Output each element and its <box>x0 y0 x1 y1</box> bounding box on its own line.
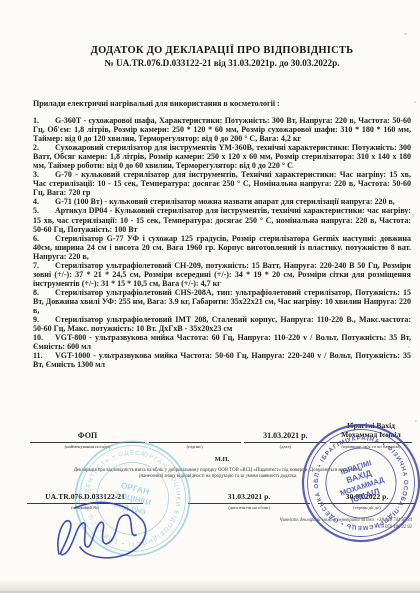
fullname-label: (прізвище, ім'я та по батькові) <box>330 443 412 450</box>
item-number: 3. <box>33 170 55 179</box>
document-body: ДОДАТОК ДО ДЕКЛАРАЦІЇ ПРО ВІДПОВІДНІСТЬ … <box>33 0 411 369</box>
item-number: 1. <box>33 116 55 125</box>
scanned-declaration-annex-page: ДОДАТОК ДО ДЕКЛАРАЦІЇ ПРО ВІДПОВІДНІСТЬ … <box>0 0 420 593</box>
valid-until-value: 30.03.2022 р. <box>318 492 416 504</box>
item-number: 6. <box>33 234 55 243</box>
item-text: VGT-1000 - ультразвукова мийка Частота: … <box>33 351 411 369</box>
fullname-value: Ібрагімі Вахід Мохаммад Ісмаіл <box>330 422 412 443</box>
item-text: G-360T - сухожарової шафа, Характеристик… <box>33 116 411 143</box>
position-field: ФОП (найменування посади) <box>30 431 145 450</box>
signature-field: (підпис) <box>149 431 241 450</box>
registration-number-value: UA.TR.076.D.033122-21 <box>27 492 143 504</box>
list-item: 1.G-360T - сухожарової шафа, Характерист… <box>33 116 411 143</box>
item-text: Сухожаровий стерилізатор для інструменті… <box>33 143 411 170</box>
item-number: 5. <box>33 206 55 215</box>
item-number: 2. <box>33 143 55 152</box>
fullname-field: Ібрагімі Вахід Мохаммад Ісмаіл (прізвище… <box>330 422 412 449</box>
document-number-line: № UA.TR.076.D.033122-21 від 31.03.2021р.… <box>33 58 411 68</box>
verification-note: Чинність декларації можна перевірити за … <box>182 518 412 531</box>
seal-place-mark: М.П. <box>33 456 411 463</box>
item-number: 10. <box>33 333 55 342</box>
scan-speck <box>408 346 410 348</box>
list-item: 9.Стерилізатор ультрафіолетовий IMT 208,… <box>33 315 411 333</box>
valid-until-label: (термін дії до) <box>318 504 416 511</box>
valid-until-field: 30.03.2022 р. (термін дії до) <box>318 492 416 510</box>
scan-bottom-edge <box>0 580 420 593</box>
list-item: 7.Стерилізатор ультрафіолетовий CH-209, … <box>33 261 411 288</box>
list-item: 2.Сухожаровий стерилізатор для інструмен… <box>33 143 411 170</box>
item-text: VGT-800 - ультразвукова мийка Частота: 6… <box>33 333 411 351</box>
list-item: 4.G-71 (100 Вт) - кульковий стерилізатор… <box>33 197 411 206</box>
registration-date-field: 31.03.2021 р. (дата взяття на облік) <box>188 492 310 510</box>
scan-speck <box>412 214 414 217</box>
item-number: 9. <box>33 315 55 324</box>
list-item: 5.Артикул DP04 - Кульковий стерилізатор … <box>33 206 411 233</box>
item-number: 7. <box>33 261 55 270</box>
date-value: 31.03.2021 р. <box>244 431 326 443</box>
scan-speck <box>404 33 407 35</box>
fullname-line2: Мохаммад Ісмаіл <box>330 431 412 440</box>
item-text: Стерилізатор ультрафіолетовий CH-209, по… <box>33 261 411 288</box>
document-title: ДОДАТОК ДО ДЕКЛАРАЦІЇ ПРО ВІДПОВІДНІСТЬ <box>33 45 411 56</box>
verification-note-line1: Чинність декларації можна перевірити за … <box>182 518 412 525</box>
item-text: G-70 - кульковий стерилізатор для інстру… <box>33 170 411 197</box>
verification-note-line2: +3 8 050 486 22 92 <box>182 525 412 532</box>
position-value: ФОП <box>30 431 145 443</box>
date-label: (дата) <box>244 443 326 450</box>
products-intro: Прилади електричні нагрівальні для викор… <box>33 99 411 108</box>
registration-note: Декларація про відповідність взята на об… <box>30 468 406 480</box>
position-label: (найменування посади) <box>30 443 145 450</box>
list-item: 11.VGT-1000 - ультразвукова мийка Частот… <box>33 351 411 369</box>
item-number: 4. <box>33 197 55 206</box>
registration-date-label: (дата взяття на облік) <box>188 504 310 511</box>
item-text: G-71 (100 Вт) - кульковий стерилізатор м… <box>55 197 395 206</box>
registration-date-value: 31.03.2021 р. <box>188 492 310 504</box>
product-list: 1.G-360T - сухожарової шафа, Характерист… <box>33 116 411 369</box>
signature-block: ФОП (найменування посади) (підпис) 31.03… <box>30 422 412 449</box>
list-item: 8.Стерилізатор ультрафіолетовий CHS-208A… <box>33 288 411 315</box>
scan-speck <box>415 420 417 422</box>
registration-note-line2: (нанесення) знаку відповідності на проду… <box>30 474 406 480</box>
signature-label: (підпис) <box>149 443 241 450</box>
item-text: Стерилізатор ультрафіолетовий CHS-208A, … <box>33 288 411 315</box>
list-item: 10.VGT-800 - ультразвукова мийка Частота… <box>33 333 411 351</box>
list-item: 3.G-70 - кульковий стерилізатор для інст… <box>33 170 411 197</box>
item-number: 8. <box>33 288 55 297</box>
item-text: Стерилізатор ультрафіолетовий IMT 208, С… <box>33 315 411 333</box>
date-field: 31.03.2021 р. (дата) <box>244 431 326 450</box>
signature-value <box>149 431 241 443</box>
list-item: 6.Стерилізатор G-77 УФ і сухожар 125 гра… <box>33 234 411 261</box>
item-text: Стерилізатор G-77 УФ і сухожар 125 граду… <box>33 234 411 261</box>
registration-number-label: (обліковий №) <box>27 504 143 511</box>
registration-number-field: UA.TR.076.D.033122-21 (обліковий №) <box>27 492 143 510</box>
item-number: 11. <box>33 351 55 360</box>
scan-speck <box>414 101 416 103</box>
item-text: Артикул DP04 - Кульковий стерилізатор дл… <box>33 206 411 233</box>
